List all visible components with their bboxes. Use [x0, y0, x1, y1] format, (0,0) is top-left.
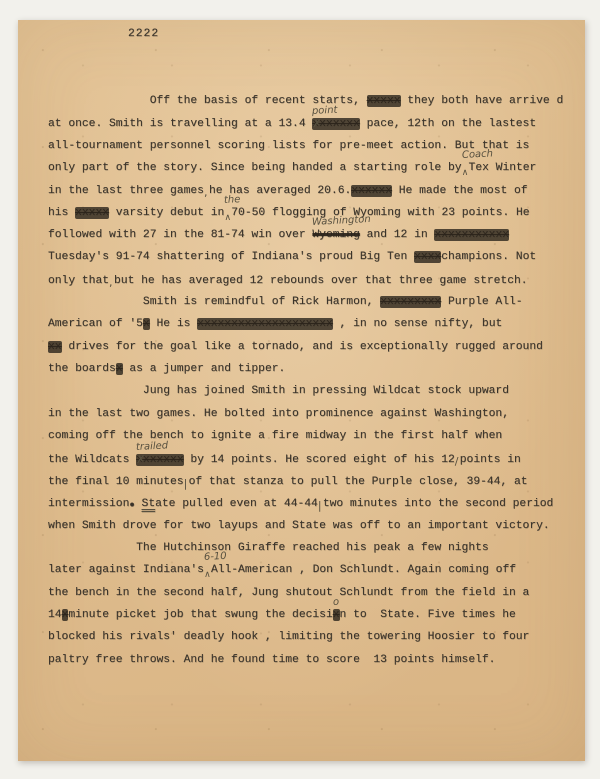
handwritten-insert: , — [204, 182, 209, 204]
typed-text: ate pulled even at 44-44 — [155, 498, 318, 510]
typed-text: as a jumper and tipper. — [123, 363, 286, 375]
typed-text: 70-50 flogging of Wyoming with 23 points… — [231, 207, 529, 219]
typed-line: blocked his rivals' deadly hook , limiti… — [48, 626, 573, 648]
page-number: 2222 — [128, 28, 159, 40]
typed-text: Smith is remindful of Rick Harmon, — [48, 296, 380, 308]
typed-text: intermission — [48, 498, 129, 510]
typed-line: at once. Smith is travelling at a 13.4 p… — [48, 112, 573, 134]
struck-out-illegible-text: xxxxxx — [351, 185, 392, 197]
insertion-caret: ∧ — [204, 564, 211, 586]
typed-line: 14xminute picket job that swung the deci… — [48, 604, 573, 626]
typed-line: the Wildcats trailed✗xxxxxxx by 14 point… — [48, 448, 573, 470]
typed-text: coming off the bench to ignite a fire mi… — [48, 430, 502, 442]
typed-text: followed with 27 in the 81-74 win over — [48, 229, 312, 241]
typed-text: in the last two games. He bolted into pr… — [48, 408, 509, 420]
typed-line: all-tournament personnel scoring lists f… — [48, 135, 573, 157]
struck-out-illegible-text: xxxx — [414, 251, 441, 263]
typed-text: blocked his rivals' deadly hook , limiti… — [48, 631, 529, 643]
struck-out-illegible-text: x — [143, 318, 150, 330]
typed-text: later against Indiana's — [48, 564, 204, 576]
typed-text: All-American , Don Schlundt. Again comin… — [211, 564, 516, 576]
typed-text: the final 10 minutes — [48, 476, 184, 488]
typed-text: all-tournament personnel scoring lists f… — [48, 140, 529, 152]
typed-line: in the last two games. He bolted into pr… — [48, 403, 573, 425]
typed-text: paltry free throws. And he found time to… — [48, 654, 495, 666]
struck-out-illegible-text: xxxxxxxxxxx — [434, 229, 509, 241]
typed-line: the bench in the second half, Jung shuto… — [48, 582, 573, 604]
typed-text: points in — [460, 454, 521, 466]
typed-text: only that — [48, 275, 109, 287]
typed-line: paltry free throws. And he found time to… — [48, 649, 573, 671]
struck-out-illegible-text: xxxxxxxxx — [380, 296, 441, 308]
handwritten-insert: | — [184, 473, 189, 495]
typed-text: the bench in the second half, Jung shuto… — [48, 587, 529, 599]
typed-line: The Hutchinson Giraffe reached his peak … — [48, 537, 573, 559]
typed-text: the boards — [48, 363, 116, 375]
typed-text: , in no sense nifty, but — [333, 318, 502, 330]
typed-text: of that stanza to pull the Purple close,… — [189, 476, 528, 488]
double-underlined-text: St — [142, 498, 156, 510]
typed-period-heavy: ● — [129, 494, 134, 516]
typed-text — [135, 498, 142, 510]
typed-line: American of '5x He is xxxxxxxxxxxxxxxxxx… — [48, 313, 573, 335]
typed-text: American of '5 — [48, 318, 143, 330]
struck-out-illegible-text: x — [333, 609, 340, 621]
insertion-caret: ∧ — [462, 162, 469, 184]
struck-out-text: Wyoming — [312, 229, 359, 241]
scan-background: { "page": { "number": "2222", "paper_col… — [0, 0, 600, 779]
typed-text: champions. Not — [441, 251, 536, 263]
typed-body: Off the basis of recent starts, xxxxx th… — [48, 90, 573, 671]
typed-text: and 12 in — [360, 229, 435, 241]
typed-text: minute picket job that swung the decisi — [68, 609, 332, 621]
struck-out-illegible-text: xxxxxxxxxxxxxxxxxxxx — [197, 318, 333, 330]
typed-text: the Wildcats — [48, 454, 136, 466]
struck-out-illegible-text: x — [116, 363, 123, 375]
typed-line: Jung has joined Smith in pressing Wildca… — [48, 380, 573, 402]
typed-text: n to State. Five times he — [340, 609, 516, 621]
typed-text: at once. Smith is travelling at a 13.4 — [48, 118, 312, 130]
handwritten-insert: | — [318, 495, 323, 517]
typed-line: in the last three games,he has averaged … — [48, 179, 573, 201]
typed-text: but he has averaged 12 rebounds over tha… — [114, 275, 528, 287]
typed-line: when Smith drove for two layups and Stat… — [48, 515, 573, 537]
typed-line: followed with 27 in the 81-74 win over W… — [48, 224, 573, 246]
typed-text: varsity debut in — [109, 207, 224, 219]
typed-text: Tuesday's 91-74 shattering of Indiana's … — [48, 251, 414, 263]
typed-line: later against Indiana's6-10∧All-American… — [48, 559, 573, 581]
scanned-page: 2222 Off the basis of recent starts, xxx… — [18, 20, 585, 761]
typed-text: drives for the goal like a tornado, and … — [62, 341, 543, 353]
typed-text: He is — [150, 318, 197, 330]
typed-text: Purple All- — [441, 296, 522, 308]
struck-out-illegible-text: xxxxx — [367, 95, 401, 107]
typed-line: Smith is remindful of Rick Harmon, xxxxx… — [48, 291, 573, 313]
typed-text: they both have arrive d — [401, 95, 564, 107]
typed-line: the final 10 minutes|of that stanza to p… — [48, 470, 573, 492]
typed-line: intermission● State pulled even at 44-44… — [48, 492, 573, 514]
typed-line: coming off the bench to ignite a fire mi… — [48, 425, 573, 447]
typed-line: the boardsx as a jumper and tipper. — [48, 358, 573, 380]
typed-text: his — [48, 207, 75, 219]
typed-line: only part of the story. Since being hand… — [48, 157, 573, 179]
typed-text: The Hutchinson Giraffe reached his peak … — [48, 542, 489, 554]
insertion-caret: ∧ — [224, 207, 231, 229]
typed-text: He made the most of — [392, 185, 528, 197]
typed-line: Tuesday's 91-74 shattering of Indiana's … — [48, 246, 573, 268]
typed-text: pace, 12th on the lastest — [360, 118, 536, 130]
struck-out-illegible-text: xx — [48, 341, 62, 353]
typed-text: when Smith drove for two layups and Stat… — [48, 520, 550, 532]
typed-line: xx drives for the goal like a tornado, a… — [48, 336, 573, 358]
struck-out-illegible-text: xxxxx — [75, 207, 109, 219]
typed-text: only part of the story. Since being hand… — [48, 162, 462, 174]
typed-text: two minutes into the second period — [323, 498, 554, 510]
typed-text: by 14 points. He scored eight of his 12 — [184, 454, 455, 466]
typed-text: 14 — [48, 609, 62, 621]
handwritten-insert: / — [455, 451, 460, 473]
handwritten-insert: , — [109, 272, 114, 294]
typed-line: only that,but he has averaged 12 rebound… — [48, 269, 573, 291]
typed-text: Jung has joined Smith in pressing Wildca… — [48, 385, 509, 397]
typed-text: in the last three games — [48, 185, 204, 197]
typed-text: Tex Winter — [469, 162, 537, 174]
